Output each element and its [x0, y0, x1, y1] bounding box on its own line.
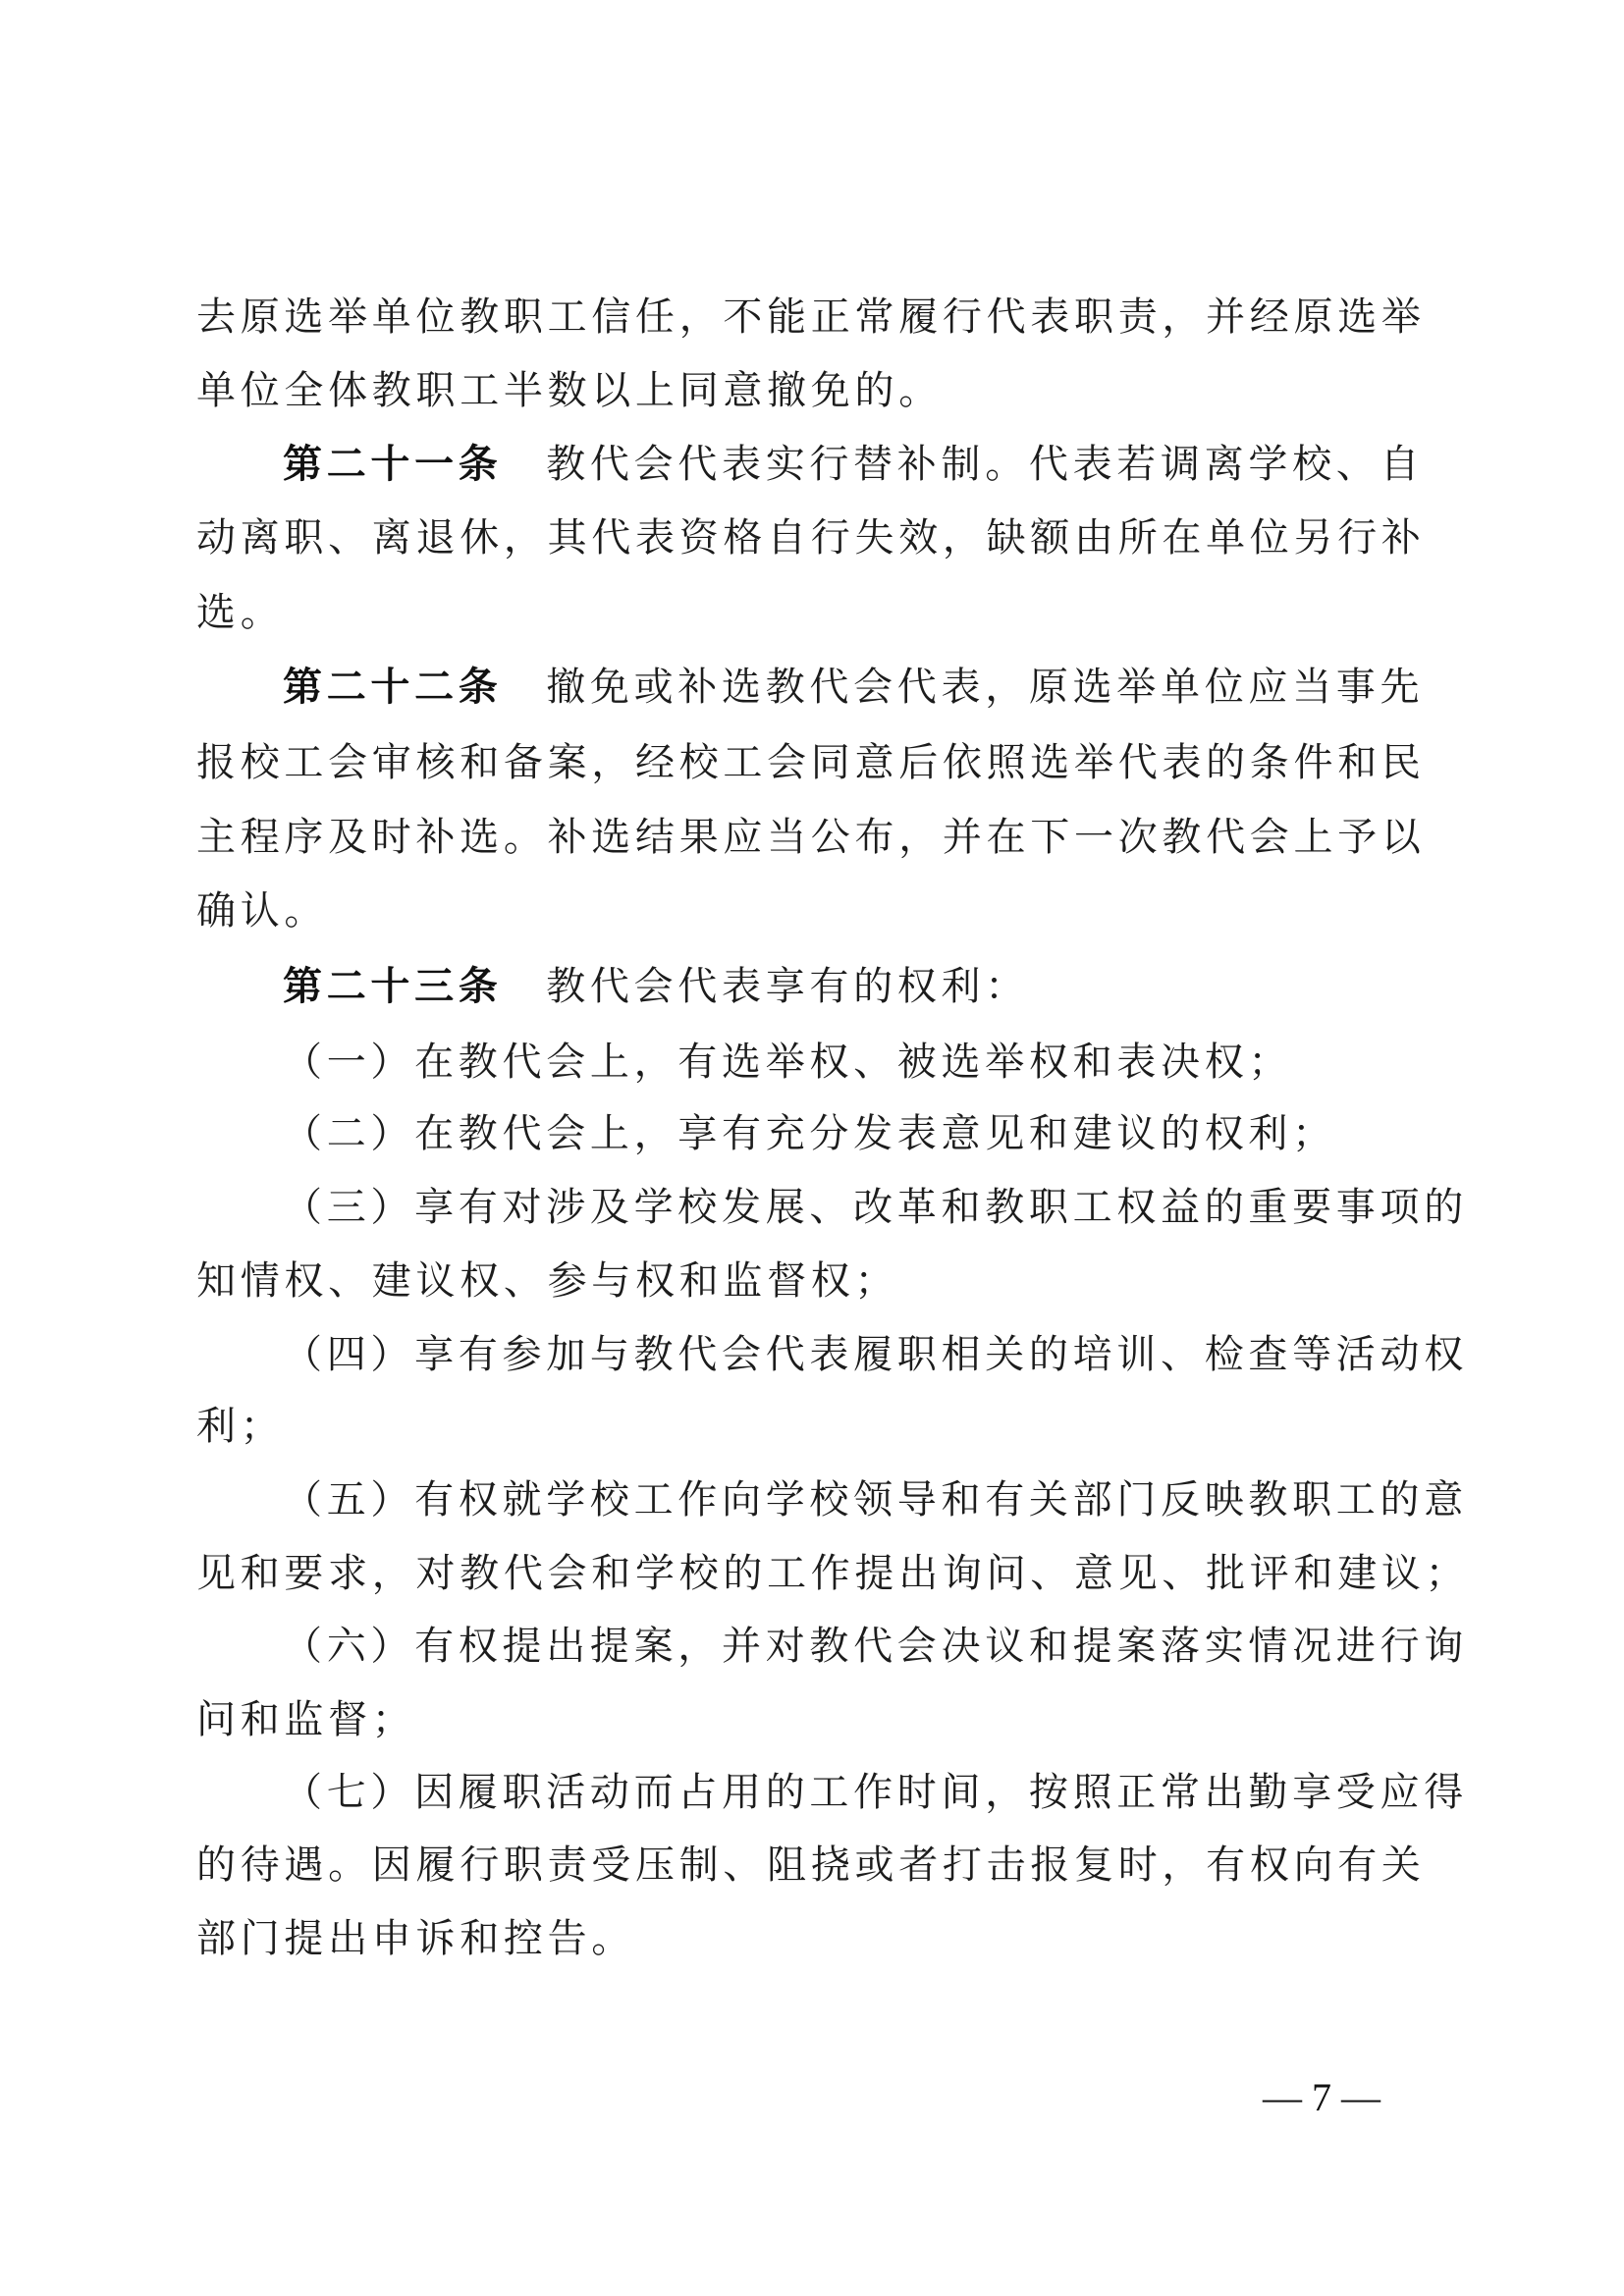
text-line: 部门提出申诉和控告。	[196, 1914, 1434, 1963]
text-line: 去原选举单位教职工信任，不能正常履行代表职责，并经原选举	[196, 293, 1434, 342]
document-page: 去原选举单位教职工信任，不能正常履行代表职责，并经原选举 单位全体教职工半数以上…	[0, 0, 1624, 2296]
line-text: 报校工会审核和备案，经校工会同意后依照选举代表的条件和民	[196, 740, 1426, 785]
article-22-line: 第二十二条 撤免或补选教代会代表，原选举单位应当事先	[283, 663, 1434, 712]
list-item: （六）有权提出提案，并对教代会决议和提案落实情况进行询	[283, 1622, 1434, 1671]
line-text: 动离职、离退休，其代表资格自行失效，缺额由所在单位另行补	[196, 515, 1426, 561]
line-text: （三）享有对涉及学校发展、改革和教职工权益的重要事项的	[283, 1185, 1468, 1230]
article-23-line: 第二十三条 教代会代表享有的权利：	[283, 962, 1434, 1011]
line-text: 见和要求，对教代会和学校的工作提出询问、意见、批评和建议；	[196, 1551, 1469, 1596]
text-line: 报校工会审核和备案，经校工会同意后依照选举代表的条件和民	[196, 738, 1434, 787]
text-line: 主程序及时补选。补选结果应当公布，并在下一次教代会上予以	[196, 813, 1434, 862]
line-text: 问和监督；	[196, 1697, 416, 1742]
line-text: 去原选举单位教职工信任，不能正常履行代表职责，并经原选举	[196, 294, 1426, 340]
text-line: 问和监督；	[196, 1695, 1434, 1744]
article-21-line: 第二十一条 教代会代表实行替补制。代表若调离学校、自	[283, 440, 1434, 489]
line-text: 知情权、建议权、参与权和监督权；	[196, 1258, 898, 1304]
line-text: （六）有权提出提案，并对教代会决议和提案落实情况进行询	[283, 1624, 1468, 1669]
line-text: （二）在教代会上，享有充分发表意见和建议的权利；	[283, 1111, 1336, 1156]
line-text: （五）有权就学校工作向学校领导和有关部门反映教职工的意	[283, 1477, 1468, 1522]
text-line: 单位全体教职工半数以上同意撤免的。	[196, 366, 1434, 415]
line-text: 撤免或补选教代会代表，原选举单位应当事先	[503, 665, 1425, 710]
line-text: 利；	[196, 1404, 284, 1449]
text-line: 确认。	[196, 886, 1434, 935]
article-heading: 第二十三条	[283, 964, 503, 1009]
list-item: （五）有权就学校工作向学校领导和有关部门反映教职工的意	[283, 1475, 1434, 1524]
line-text: 选。	[196, 590, 284, 635]
text-line: 利；	[196, 1402, 1434, 1451]
article-heading: 第二十二条	[283, 665, 503, 710]
line-text: 单位全体教职工半数以上同意撤免的。	[196, 368, 943, 413]
line-text: （七）因履职活动而占用的工作时间，按照正常出勤享受应得	[283, 1770, 1468, 1815]
list-item: （一）在教代会上，有选举权、被选举权和表决权；	[283, 1038, 1434, 1087]
line-text: 主程序及时补选。补选结果应当公布，并在下一次教代会上予以	[196, 815, 1426, 860]
page-number: — 7 —	[1253, 2073, 1390, 2122]
list-item: （三）享有对涉及学校发展、改革和教职工权益的重要事项的	[283, 1183, 1434, 1232]
line-text: 教代会代表享有的权利：	[503, 964, 1029, 1009]
line-text: （四）享有参加与教代会代表履职相关的培训、检查等活动权	[283, 1332, 1468, 1377]
list-item: （四）享有参加与教代会代表履职相关的培训、检查等活动权	[283, 1330, 1434, 1379]
line-text: 部门提出申诉和控告。	[196, 1916, 635, 1961]
list-item: （七）因履职活动而占用的工作时间，按照正常出勤享受应得	[283, 1768, 1434, 1817]
list-item: （二）在教代会上，享有充分发表意见和建议的权利；	[283, 1109, 1434, 1158]
article-heading: 第二十一条	[283, 442, 503, 487]
line-text: 的待遇。因履行职责受压制、阻挠或者打击报复时，有权向有关	[196, 1842, 1426, 1888]
text-line: 知情权、建议权、参与权和监督权；	[196, 1256, 1434, 1306]
line-text: 确认。	[196, 888, 328, 934]
text-line: 见和要求，对教代会和学校的工作提出询问、意见、批评和建议；	[196, 1549, 1434, 1598]
line-text: （一）在教代会上，有选举权、被选举权和表决权；	[283, 1040, 1292, 1085]
text-line: 选。	[196, 588, 1434, 637]
text-line: 动离职、离退休，其代表资格自行失效，缺额由所在单位另行补	[196, 513, 1434, 562]
line-text: 教代会代表实行替补制。代表若调离学校、自	[503, 442, 1425, 487]
text-line: 的待遇。因履行职责受压制、阻挠或者打击报复时，有权向有关	[196, 1841, 1434, 1890]
